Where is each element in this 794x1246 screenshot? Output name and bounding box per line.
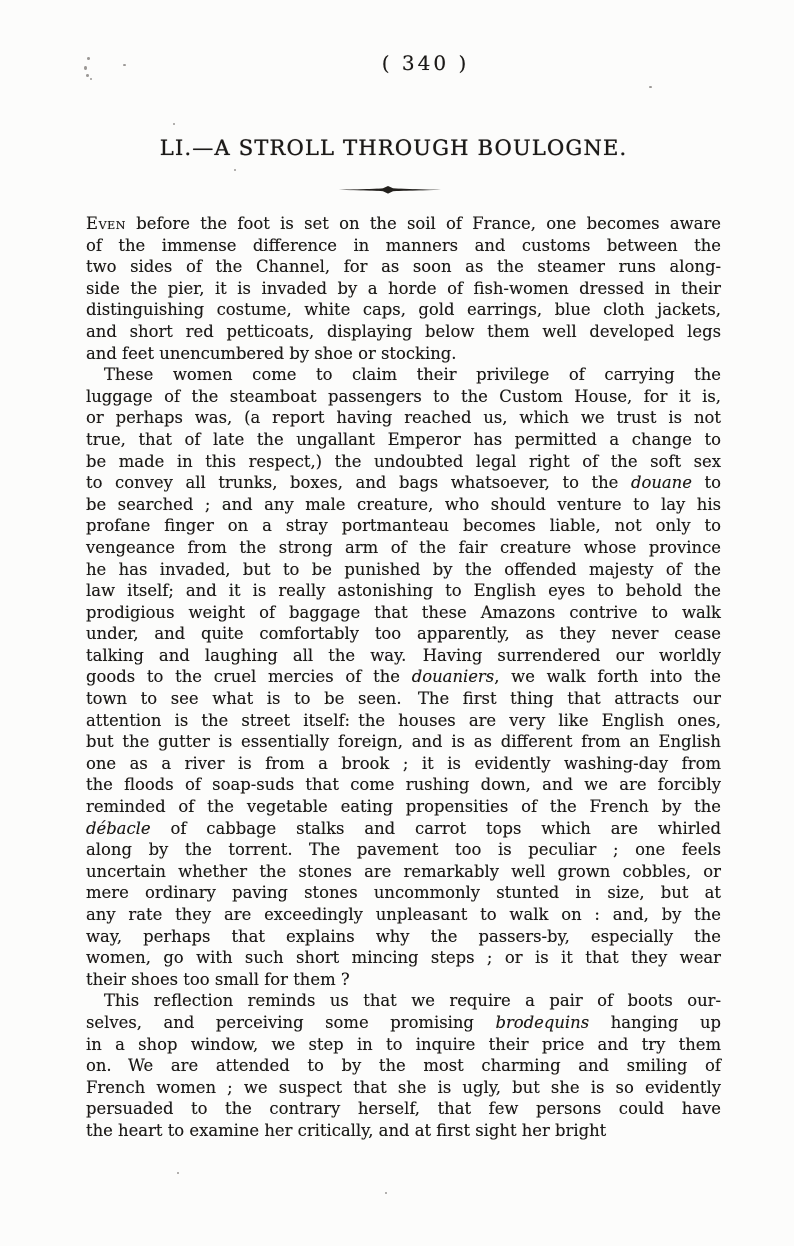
text-line: under, and quite comfortably too apparen…	[86, 623, 721, 645]
text-line: talking and laughing all the way. Having…	[86, 645, 721, 667]
text-line: distinguishing costume, white caps, gold…	[86, 299, 721, 321]
text-line: French women ; we suspect that she is ug…	[86, 1077, 721, 1099]
text-line: persuaded to the contrary herself, that …	[86, 1098, 721, 1120]
text-line: the heart to examine her critically, and…	[86, 1120, 721, 1142]
paragraph: These women come to claim their privileg…	[86, 364, 721, 990]
text-line: goods to the cruel mercies of the douani…	[86, 666, 721, 688]
small-caps-text: Even	[86, 214, 126, 233]
text-line: along by the torrent. The pavement too i…	[86, 839, 721, 861]
text-line: the floods of soap-suds that come rushin…	[86, 774, 721, 796]
paragraph: This reflection reminds us that we requi…	[86, 990, 721, 1141]
page-number: ( 340 )	[108, 50, 743, 76]
text-line: luggage of the steamboat passengers to t…	[86, 386, 721, 408]
article-title: LI.—A STROLL THROUGH BOULOGNE.	[76, 134, 711, 162]
text-line: women, go with such short mincing steps …	[86, 947, 721, 969]
text-line: profane finger on a stray portmanteau be…	[86, 515, 721, 537]
italic-text: douane	[631, 473, 692, 492]
italic-text: douaniers	[412, 667, 494, 686]
text-line: any rate they are exceedingly unpleasant…	[86, 904, 721, 926]
page-content: ( 340 ) LI.—A STROLL THROUGH BOULOGNE. E…	[0, 50, 721, 1142]
text-line: their shoes too small for them ?	[86, 969, 721, 991]
italic-text: débacle	[86, 819, 151, 838]
page-sheet: ( 340 ) LI.—A STROLL THROUGH BOULOGNE. E…	[0, 0, 794, 1246]
text-line: of the immense difference in manners and…	[86, 235, 721, 257]
text-line: uncertain whether the stones are remarka…	[86, 861, 721, 883]
text-line: in a shop window, we step in to inquire …	[86, 1034, 721, 1056]
text-line: and short red petticoats, displaying bel…	[86, 321, 721, 343]
text-line: but the gutter is essentially foreign, a…	[86, 731, 721, 753]
text-line: one as a river is from a brook ; it is e…	[86, 753, 721, 775]
text-line: be made in this respect,) the undoubted …	[86, 451, 721, 473]
text-line: prodigious weight of baggage that these …	[86, 602, 721, 624]
text-line: be searched ; and any male creature, who…	[86, 494, 721, 516]
text-line: This reflection reminds us that we requi…	[86, 990, 721, 1012]
text-line: attention is the street itself: the hous…	[86, 710, 721, 732]
paragraph: Even before the foot is set on the soil …	[86, 213, 721, 364]
text-line: town to see what is to be seen. The firs…	[86, 688, 721, 710]
text-line: Even before the foot is set on the soil …	[86, 213, 721, 235]
text-line: débacle of cabbage stalks and carrot top…	[86, 818, 721, 840]
text-line: reminded of the vegetable eating propens…	[86, 796, 721, 818]
scan-speck	[385, 1192, 387, 1194]
article-body: Even before the foot is set on the soil …	[86, 213, 721, 1142]
text-line: to convey all trunks, boxes, and bags wh…	[86, 472, 721, 494]
text-line: he has invaded, but to be punished by th…	[86, 559, 721, 581]
text-line: on. We are attended to by the most charm…	[86, 1055, 721, 1077]
scan-speck	[177, 1172, 179, 1174]
text-line: true, that of late the ungallant Emperor…	[86, 429, 721, 451]
text-line: and feet unencumbered by shoe or stockin…	[86, 343, 721, 365]
title-divider	[70, 180, 705, 190]
text-line: or perhaps was, (a report having reached…	[86, 407, 721, 429]
text-line: mere ordinary paving stones uncommonly s…	[86, 882, 721, 904]
swelled-rule-icon	[335, 185, 441, 195]
text-line: way, perhaps that explains why the passe…	[86, 926, 721, 948]
text-line: selves, and perceiving some promising br…	[86, 1012, 721, 1034]
text-line: vengeance from the strong arm of the fai…	[86, 537, 721, 559]
text-line: two sides of the Channel, for as soon as…	[86, 256, 721, 278]
text-line: These women come to claim their privileg…	[86, 364, 721, 386]
text-line: law itself; and it is really astonishing…	[86, 580, 721, 602]
italic-text: brodequins	[495, 1013, 589, 1032]
text-line: side the pier, it is invaded by a horde …	[86, 278, 721, 300]
